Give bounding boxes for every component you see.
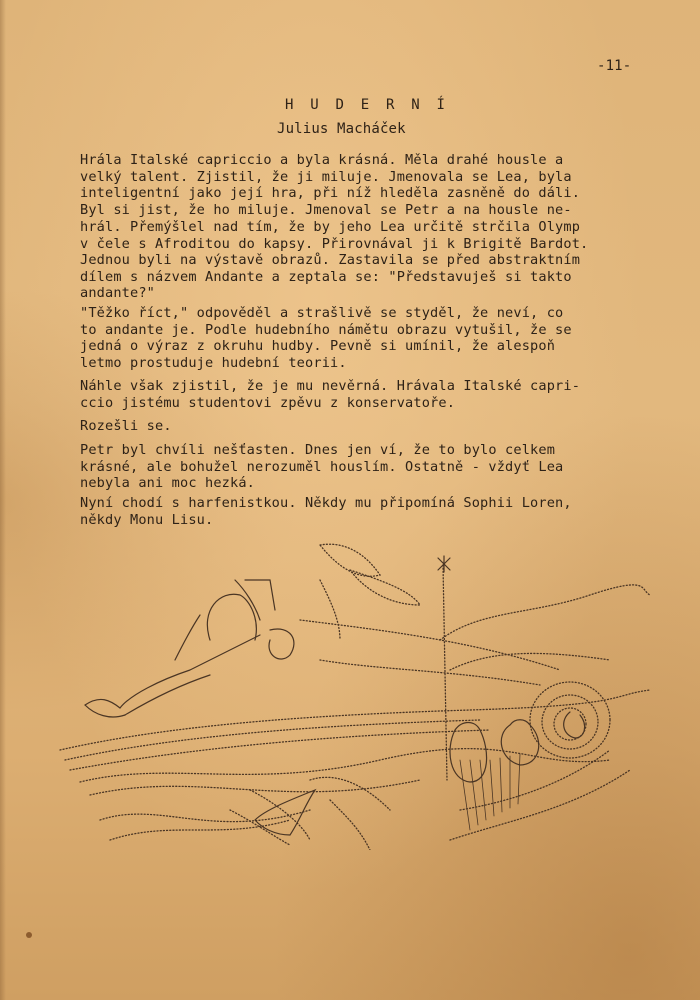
- page-number: -11-: [597, 58, 631, 74]
- ink-stain: [26, 932, 32, 938]
- paragraph: "Těžko říct," odpověděl a strašlivě se s…: [80, 305, 572, 372]
- paragraph: Hrála Italské capriccio a byla krásná. M…: [80, 152, 588, 252]
- paragraph: Petr byl chvíli nešťasten. Dnes jen ví, …: [80, 442, 563, 492]
- violin-flower-illustration: [50, 520, 670, 850]
- paragraph: Náhle však zjistil, že je mu nevěrná. Hr…: [80, 378, 580, 411]
- paragraph: Jednou byli na výstavě obrazů. Zastavila…: [80, 252, 580, 302]
- story-title: H U D E R N Í: [285, 97, 449, 113]
- author-name: Julius Macháček: [277, 121, 406, 137]
- paper-edge-shadow: [0, 0, 6, 1000]
- paragraph: Rozešli se.: [80, 418, 172, 435]
